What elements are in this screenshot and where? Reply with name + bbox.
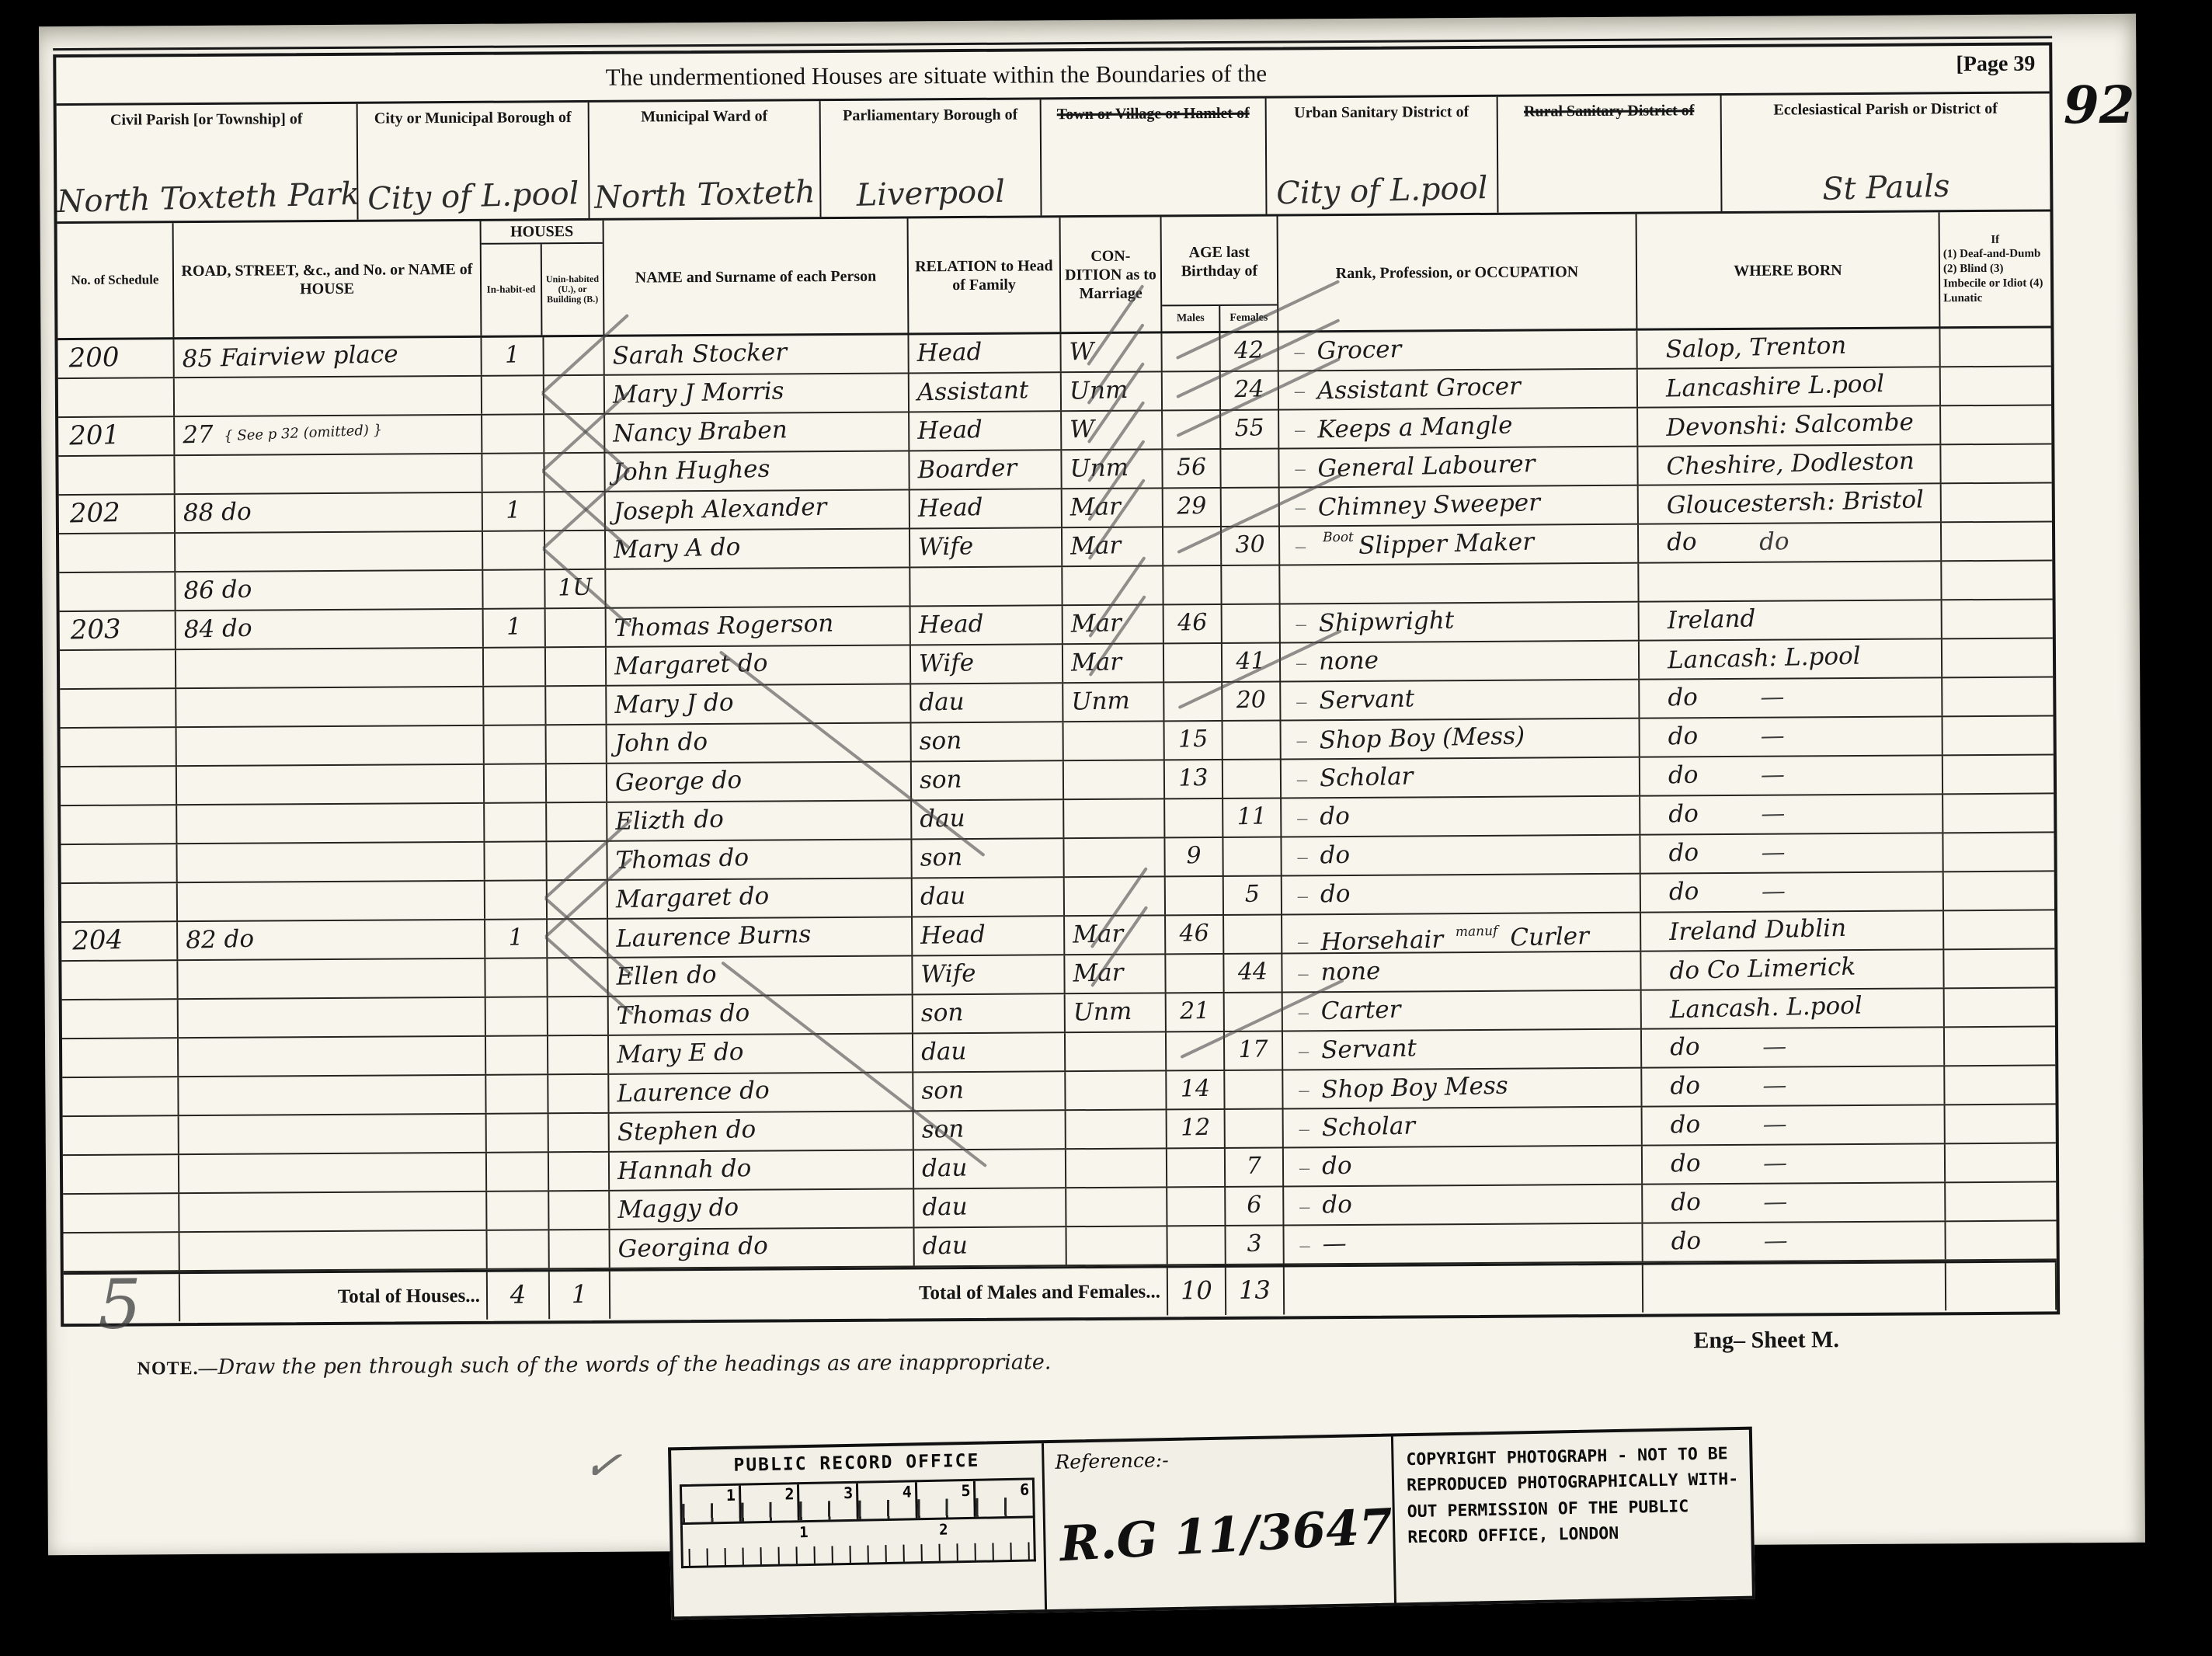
born-value: Devonshi: Salcombe <box>1638 404 1915 446</box>
cell-inh <box>484 687 546 724</box>
cell-name: Elizth do <box>607 801 912 840</box>
cell-condition <box>1064 838 1165 876</box>
cell-road: 85 Fairview place <box>174 338 482 377</box>
female-value: 7 <box>1225 1148 1282 1185</box>
footer-note-text: Draw the pen through such of the words o… <box>217 1350 1051 1379</box>
cell-relation: Head <box>911 606 1063 644</box>
cell-uninh <box>547 764 607 802</box>
cell-name: Thomas Rogerson <box>607 607 911 645</box>
cell-uninh <box>546 648 607 685</box>
road-value: 27 <box>175 416 214 453</box>
pencil-tick: – <box>1295 379 1305 402</box>
col-houses-group: HOUSES In-habit-ed Unin-habited (U.), or… <box>482 221 605 336</box>
cell-female: 6 <box>1226 1187 1284 1224</box>
cell-born: Gloucestersh: Bristol <box>1639 484 1942 523</box>
born-ditto-mark: — <box>1753 873 1786 910</box>
cell-relation: Head <box>909 334 1061 372</box>
name-value: Joseph Alexander <box>605 489 827 531</box>
occupation-value: none <box>1319 642 1379 680</box>
col-disability: If (1) Deaf-and-Dumb (2) Blind (3) Imbec… <box>1940 211 2051 326</box>
cell-male: 12 <box>1167 1110 1226 1147</box>
cell-name: Mary E do <box>609 1034 913 1073</box>
female-value: 20 <box>1223 682 1280 719</box>
cell-dis <box>1942 483 2052 521</box>
col-age: AGE last Birthday of <box>1162 217 1278 305</box>
cell-road <box>176 687 484 726</box>
female-value: 3 <box>1226 1226 1283 1263</box>
cell-born: do— <box>1643 1144 1946 1183</box>
cell-relation: dau <box>914 1150 1066 1188</box>
relation-value: Assistant <box>909 372 1028 411</box>
totals-spacer3 <box>1643 1263 1946 1312</box>
occupation-value: General Labourer <box>1317 446 1536 487</box>
totals-spacer4 <box>1946 1262 2057 1310</box>
cell-uninh <box>546 609 607 646</box>
cell-road <box>177 765 485 804</box>
cell-dis <box>1943 794 2054 832</box>
inh-value: 1 <box>483 609 544 646</box>
header-field-value: North Toxteth <box>590 174 820 216</box>
occupation-value: Chimney Sweeper <box>1317 485 1540 526</box>
cell-dis <box>1940 328 2050 366</box>
cell-born: dodo <box>1639 523 1942 562</box>
pencil-margin-mark: 5 <box>98 1264 142 1344</box>
cell-condition <box>1066 1149 1167 1187</box>
cell-inh <box>485 725 547 763</box>
cell-schedule: 201 <box>58 417 175 455</box>
pro-heading: PUBLIC RECORD OFFICE <box>679 1449 1034 1477</box>
ruler-cm-cell: 4 <box>858 1482 918 1519</box>
cell-schedule <box>60 650 176 688</box>
relation-value: Head <box>909 489 983 527</box>
total-houses-uninhabited: 1 <box>550 1272 610 1319</box>
cell-occupation: –Servant <box>1283 1030 1642 1070</box>
col-occupation: Rank, Profession, or OCCUPATION <box>1278 214 1638 331</box>
condition-value: Unm <box>1065 993 1132 1031</box>
cell-uninh <box>549 1230 610 1268</box>
cell-occupation: –Shop Boy Mess <box>1283 1069 1642 1108</box>
pencil-tick: – <box>1297 767 1307 790</box>
cell-inh <box>487 1153 549 1190</box>
male-value: 21 <box>1166 993 1223 1030</box>
cell-born: Ireland Dublin <box>1641 911 1944 950</box>
cell-occupation: –do <box>1282 836 1640 875</box>
cell-schedule <box>63 1194 179 1232</box>
occupation-value: — <box>1322 1226 1347 1262</box>
name-value: Sarah Stocker <box>604 334 788 374</box>
name-value: Hannah do <box>610 1150 752 1189</box>
cell-road: 27{ See p 32 (omitted) } <box>175 416 482 454</box>
cell-male: 14 <box>1167 1071 1225 1108</box>
occupation-value: Servant <box>1321 1030 1417 1068</box>
cell-female: 5 <box>1224 877 1282 914</box>
cell-occupation: –General Labourer <box>1279 447 1638 487</box>
male-value: 56 <box>1163 449 1220 486</box>
cell-female <box>1223 722 1282 759</box>
schedule-value: 200 <box>57 339 120 377</box>
occupation-value: Slipper Maker <box>1358 524 1534 564</box>
cell-condition: Unm <box>1063 683 1164 721</box>
relation-value: Head <box>909 412 983 449</box>
born-value: Ireland <box>1639 600 1756 639</box>
relation-value: son <box>912 839 963 876</box>
female-value: 55 <box>1221 410 1278 447</box>
pencil-check-mark: ✓ <box>580 1436 624 1494</box>
header-field-label: Parliamentary Borough of <box>821 106 1040 125</box>
total-persons-label: Total of Males and Females... <box>610 1268 1168 1318</box>
cell-relation: Wife <box>911 645 1063 683</box>
cell-occupation: –do <box>1284 1185 1643 1225</box>
pencil-tick: – <box>1297 845 1307 868</box>
cell-condition: Mar <box>1063 644 1164 682</box>
cell-road <box>179 1115 487 1153</box>
name-value: Mary J Morris <box>604 373 784 412</box>
header-field-value: St Pauls <box>1722 165 2050 210</box>
header-field-label: Municipal Ward of <box>590 107 819 127</box>
cell-female: 3 <box>1226 1226 1284 1263</box>
cell-occupation: –Servant <box>1281 680 1640 720</box>
cell-schedule: 203 <box>60 611 176 649</box>
footer-note: NOTE.—Draw the pen through such of the w… <box>137 1350 1051 1379</box>
male-value: 14 <box>1167 1070 1224 1108</box>
cell-male: 29 <box>1163 489 1222 526</box>
relation-value: Wife <box>910 528 974 565</box>
relation-value: dau <box>912 878 965 915</box>
cell-born: do— <box>1642 1066 1945 1105</box>
cell-born: do— <box>1643 1183 1946 1222</box>
cell-inh <box>483 531 545 569</box>
cell-inh: 1 <box>483 492 545 530</box>
born-value: do <box>1640 718 1699 756</box>
pencil-tick: – <box>1297 729 1307 751</box>
name-value: Laurence do <box>609 1073 770 1112</box>
col-name: NAME and Surname of each Person <box>604 218 909 334</box>
cell-road: 88 do <box>176 493 483 532</box>
cell-name <box>606 568 910 607</box>
cell-dis <box>1943 755 2054 793</box>
header-field-label: Ecclesiastical Parish or District of <box>1722 99 2050 120</box>
cell-female <box>1224 916 1282 953</box>
col-females: Females <box>1220 306 1277 331</box>
cell-occupation: –Keeps a Mangle <box>1279 409 1638 448</box>
cell-name: Nancy Braben <box>605 412 909 451</box>
occupation-value: Scholar <box>1321 1108 1416 1146</box>
ruler-cm-cell: 3 <box>799 1484 859 1520</box>
col-uninhabited: Unin-habited (U.), or Building (B.) <box>542 244 603 335</box>
cell-uninh <box>547 803 607 840</box>
pencil-tick: – <box>1299 1156 1309 1178</box>
pencil-tick: – <box>1296 651 1306 673</box>
cell-name: Stephen do <box>610 1112 914 1150</box>
cell-female <box>1226 1110 1284 1147</box>
cell-inh <box>484 648 546 685</box>
condition-value: Mar <box>1065 916 1124 953</box>
cell-male <box>1167 1226 1226 1264</box>
cell-road <box>179 1153 487 1192</box>
name-value: Laurence Burns <box>608 917 812 957</box>
cell-born: do— <box>1641 872 1944 911</box>
cell-female <box>1223 838 1282 875</box>
header-field-label: Urban Sanitary District of <box>1267 103 1497 123</box>
header-field-label: Civil Parish [or Township] of <box>57 110 356 130</box>
male-value: 46 <box>1163 604 1221 642</box>
cell-inh <box>487 1114 549 1151</box>
relation-value: son <box>911 761 962 798</box>
cell-occupation: –BootSlipper Maker <box>1280 525 1639 565</box>
born-ditto-mark: — <box>1755 1223 1788 1259</box>
total-houses-label: Total of Houses... <box>180 1272 488 1321</box>
cell-dis <box>1941 444 2051 482</box>
pencil-tick: – <box>1295 340 1305 363</box>
cell-relation: dau <box>914 1227 1066 1265</box>
cell-occupation: –Grocer <box>1278 331 1637 371</box>
relation-value: Wife <box>913 955 976 993</box>
cell-occupation: –— <box>1284 1224 1643 1264</box>
cell-born: do— <box>1640 717 1942 756</box>
pro-ruler-section: PUBLIC RECORD OFFICE 123456 1 2 <box>671 1443 1047 1616</box>
cell-occupation: –do <box>1282 797 1640 837</box>
relation-value: Boarder <box>909 450 1017 488</box>
cell-name: Mary A do <box>606 529 910 568</box>
cell-road <box>180 1231 488 1270</box>
cell-relation: Head <box>910 489 1063 527</box>
cell-schedule <box>58 378 175 416</box>
col-age-group: AGE last Birthday of Males Females <box>1162 217 1279 332</box>
reference-value: R.G 11/3647 <box>1059 1498 1394 1572</box>
ruler-inch-1: 1 <box>799 1524 809 1541</box>
cell-schedule: 200 <box>57 339 174 377</box>
cell-dis <box>1943 833 2054 871</box>
condition-value: Mar <box>1063 605 1122 642</box>
female-value: 6 <box>1226 1187 1283 1224</box>
cell-schedule <box>61 728 177 766</box>
cell-inh <box>482 415 544 452</box>
cell-female: 30 <box>1222 527 1280 565</box>
cell-name: Maggy do <box>610 1189 914 1228</box>
cell-dis <box>1942 677 2053 715</box>
cell-condition: Unm <box>1066 993 1167 1032</box>
male-value: 29 <box>1163 488 1220 525</box>
cell-schedule <box>63 1116 179 1154</box>
cell-occupation: –Shop Boy (Mess) <box>1282 719 1640 759</box>
cell-born: Lancashire L.pool <box>1638 367 1941 406</box>
cell-schedule <box>59 572 176 611</box>
born-value: Salop, Trenton <box>1637 328 1847 368</box>
relation-value: son <box>911 722 962 760</box>
cell-male <box>1163 566 1222 604</box>
cell-road <box>177 726 485 765</box>
born-value: do <box>1643 1223 1702 1261</box>
cell-schedule: 204 <box>61 922 178 960</box>
cell-condition <box>1064 722 1165 760</box>
born-value: do <box>1640 874 1699 911</box>
census-photograph: { "colors":{"paper":"#f5f3ea","ink":"#1b… <box>0 0 2212 1656</box>
cell-road <box>175 377 482 416</box>
cell-male: 9 <box>1165 838 1223 875</box>
cell-occupation: –Carter <box>1283 991 1642 1031</box>
occupation-value: Shipwright <box>1318 603 1455 642</box>
column-headers: No. of Schedule ROAD, STREET, &c., and N… <box>57 211 2051 340</box>
name-value: George do <box>607 762 742 801</box>
cell-occupation: –do <box>1284 1146 1643 1186</box>
cell-schedule <box>61 767 177 805</box>
cell-name: Laurence Burns <box>608 917 913 956</box>
cell-name: George do <box>607 762 912 801</box>
pencil-tick: – <box>1296 612 1306 635</box>
cell-schedule <box>61 844 177 882</box>
pencil-tick: – <box>1298 884 1308 906</box>
cell-uninh <box>549 1114 610 1151</box>
cell-inh <box>485 803 547 840</box>
total-males: 10 <box>1168 1268 1226 1315</box>
male-value: 9 <box>1165 837 1223 875</box>
cell-female: 55 <box>1221 411 1279 448</box>
cell-male: 56 <box>1163 450 1221 487</box>
table-body: 20085 Fairview place1Sarah StockerHeadW4… <box>57 328 2056 1272</box>
cell-name: Joseph Alexander <box>606 490 910 529</box>
pencil-tick: – <box>1295 457 1305 479</box>
cell-male <box>1167 1188 1226 1225</box>
born-value: do <box>1640 796 1699 833</box>
totals-spacer2 <box>1285 1265 1643 1315</box>
cell-name: Thomas do <box>607 840 912 878</box>
cell-road <box>179 1037 486 1076</box>
male-value: 12 <box>1167 1109 1224 1146</box>
ruler-cm-number: 1 <box>726 1486 736 1505</box>
cell-name: Thomas do <box>609 995 913 1034</box>
cell-dis <box>1944 949 2054 987</box>
born-ditto-mark: — <box>1752 718 1785 754</box>
ruler-inches: 1 2 <box>680 1518 1036 1568</box>
relation-value: son <box>913 1072 965 1109</box>
road-value: 84 do <box>176 611 252 648</box>
occupation-value: do <box>1320 876 1351 913</box>
pro-stamp-card: PUBLIC RECORD OFFICE 123456 1 2 Referenc… <box>668 1427 1755 1620</box>
cell-condition: Mar <box>1063 527 1163 565</box>
relation-value: son <box>913 994 964 1032</box>
born-ditto-mark: — <box>1754 1067 1786 1104</box>
cell-inh <box>485 881 548 918</box>
cell-road <box>177 843 485 882</box>
name-value: Elizth do <box>607 802 725 840</box>
road-value: 88 do <box>175 494 252 531</box>
cell-dis <box>1942 716 2053 754</box>
cell-relation: dau <box>911 684 1063 722</box>
cell-dis <box>1946 1105 2056 1143</box>
pencil-tick: – <box>1299 1195 1309 1217</box>
cell-male: 21 <box>1167 993 1225 1031</box>
cell-female: 17 <box>1225 1032 1283 1070</box>
cell-schedule <box>62 1038 179 1077</box>
header-field-value: City of L.pool <box>358 176 589 217</box>
occupation-value: do <box>1320 798 1351 835</box>
cell-occupation: –Assistant Grocer <box>1279 370 1638 409</box>
cell-dis <box>1946 1143 2056 1181</box>
page-number-annotation: 92 <box>2063 75 2134 136</box>
total-females: 13 <box>1226 1267 1285 1314</box>
born-value: do <box>1643 1185 1702 1222</box>
cell-relation: Assistant <box>909 373 1062 411</box>
reference-section: Reference:- R.G 11/3647 <box>1044 1436 1396 1609</box>
road-value: 85 Fairview place <box>174 336 398 377</box>
born-ditto-mark: — <box>1752 757 1785 793</box>
header-field-1: City or Municipal Borough ofCity of L.po… <box>358 103 590 220</box>
schedule-value: 203 <box>59 611 121 649</box>
cell-schedule <box>58 456 175 494</box>
cell-inh <box>482 454 544 491</box>
born-value: do <box>1640 835 1699 872</box>
cell-name: Laurence do <box>609 1073 913 1112</box>
cell-inh <box>485 842 547 879</box>
relation-value: Head <box>910 606 984 643</box>
ruler-cm-cell: 6 <box>976 1480 1033 1516</box>
cell-dis <box>1942 522 2052 560</box>
occupation-value: Shop Boy Mess <box>1321 1068 1508 1108</box>
cell-inh <box>486 997 548 1035</box>
cell-male: 46 <box>1164 605 1223 642</box>
cell-female: 44 <box>1224 955 1282 992</box>
cell-occupation: –Shipwright <box>1281 603 1640 642</box>
pencil-tick: – <box>1298 962 1308 984</box>
copyright-section: COPYRIGHT PHOTOGRAPH - NOT TO BE REPRODU… <box>1393 1430 1752 1603</box>
header-field-2: Municipal Ward ofNorth Toxteth <box>590 101 822 218</box>
cell-female <box>1222 566 1280 604</box>
road-value: 86 do <box>176 572 252 609</box>
cell-relation: dau <box>914 1188 1066 1226</box>
ruler-cm-number: 5 <box>961 1481 971 1500</box>
cell-uninh <box>548 1075 609 1112</box>
cell-born: Cheshire, Dodleston <box>1638 445 1941 484</box>
pencil-tick: – <box>1300 1233 1310 1256</box>
born-value: do <box>1639 524 1698 562</box>
cell-road <box>179 1192 487 1231</box>
occupation-annotation: Boot <box>1323 530 1354 545</box>
cell-name: Mary J do <box>607 684 911 723</box>
born-ditto-mark: — <box>1751 679 1784 715</box>
cell-dis <box>1946 1182 2056 1220</box>
col-males: Males <box>1162 306 1220 331</box>
name-value: Stephen do <box>609 1112 756 1150</box>
cell-road: 86 do <box>176 571 483 610</box>
ruler-cm-number: 4 <box>903 1482 913 1501</box>
name-value: Margaret do <box>607 878 769 918</box>
cell-road: 82 do <box>178 920 485 959</box>
col-disability-list: (1) Deaf-and-Dumb (2) Blind (3) Imbecile… <box>1943 247 2047 306</box>
form-title: The undermentioned Houses are situate wi… <box>56 56 1816 95</box>
cell-relation: Head <box>909 412 1062 450</box>
cell-name: Hannah do <box>610 1150 914 1189</box>
male-value: 13 <box>1164 760 1222 797</box>
cell-road <box>175 454 482 493</box>
cell-born: do— <box>1640 833 1943 872</box>
ruler-inch-2: 2 <box>939 1522 948 1539</box>
cell-occupation: –Horsehair manuf Curler <box>1282 913 1641 953</box>
cell-born: do— <box>1640 795 1943 833</box>
page-label: [Page 39 <box>1956 52 2035 78</box>
cell-condition <box>1064 799 1165 837</box>
born-ditto-mark: — <box>1752 795 1785 832</box>
cell-dis <box>1941 367 2051 405</box>
cell-name: John do <box>607 723 912 762</box>
pencil-tick: – <box>1296 496 1306 518</box>
cell-relation: Wife <box>910 528 1063 566</box>
cell-condition: Mar <box>1065 955 1166 993</box>
header-field-7: Ecclesiastical Parish or District ofSt P… <box>1722 93 2050 211</box>
relation-value: Head <box>909 334 983 371</box>
male-value: 46 <box>1166 915 1223 952</box>
cell-schedule <box>60 689 176 727</box>
header-field-4: Town or Village or Hamlet of <box>1042 99 1268 216</box>
